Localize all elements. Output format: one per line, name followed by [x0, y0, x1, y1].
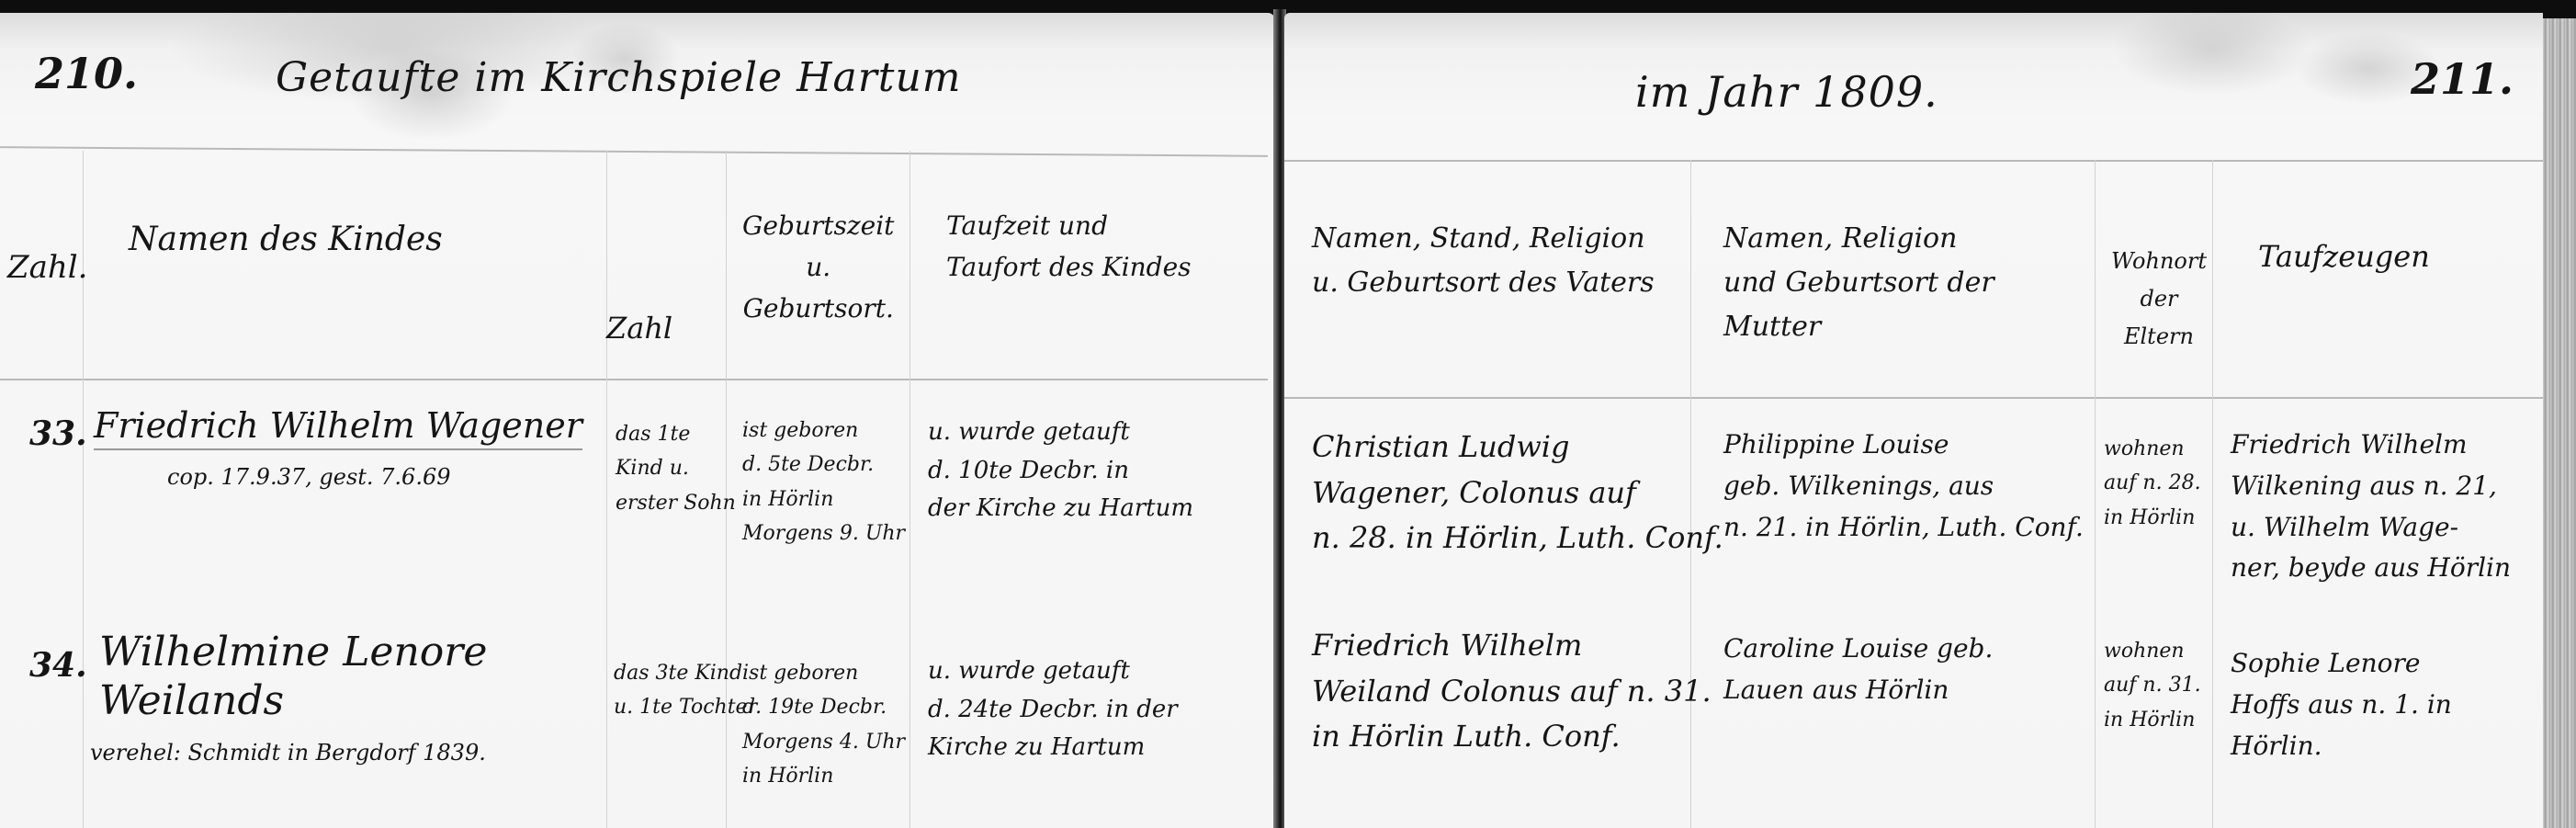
child-name: Wilhelmine Lenore Weilands	[99, 629, 487, 726]
page-number-right: 211.	[2411, 55, 2514, 104]
parents-residence: wohnen auf n. 28. in Hörlin	[2104, 432, 2201, 535]
father-details: Friedrich Wilhelm Weiland Colonus auf n.…	[1312, 623, 1712, 760]
column-header-name: Namen des Kindes	[129, 213, 443, 267]
baptism-date-place: u. wurde getauft d. 24te Decbr. in der K…	[928, 652, 1178, 767]
column-header-paten: Taufzeugen	[2258, 233, 2430, 280]
header-bottom-rule	[0, 379, 1268, 380]
page-title-right: im Jahr 1809.	[1635, 68, 1938, 117]
right-page: im Jahr 1809. 211. Namen, Stand, Religio…	[1284, 13, 2543, 828]
child-name: Friedrich Wilhelm Wagener	[94, 406, 582, 450]
entry-number: 33.	[29, 415, 87, 453]
header-bottom-rule	[1284, 397, 2543, 399]
column-header-vater: Namen, Stand, Religion u. Geburtsort des…	[1312, 217, 1655, 305]
godparents: Sophie Lenore Hoffs aus n. 1. in Hörlin.	[2231, 643, 2452, 766]
birth-date-place: ist geboren d. 19te Decbr. Morgens 4. Uh…	[742, 656, 905, 794]
header-top-rule	[1284, 160, 2543, 162]
birth-order: das 3te Kind u. 1te Tochter	[614, 656, 757, 725]
father-details: Christian Ludwig Wagener, Colonus auf n.…	[1312, 425, 1723, 561]
left-page: 210. Getaufte im Kirchspiele Hartum Zahl…	[0, 13, 1275, 828]
page-number-left: 210.	[35, 50, 138, 98]
column-header-wohnort: Wohnort der Eltern	[2111, 243, 2207, 355]
mother-details: Caroline Louise geb. Lauen aus Hörlin	[1723, 629, 1993, 711]
page-title-left: Getaufte im Kirchspiele Hartum	[276, 55, 962, 102]
column-header-geburt: Geburtszeit u. Geburtsort.	[742, 206, 894, 329]
column-header-nr: Zahl.	[7, 243, 87, 292]
baptism-date-place: u. wurde getauft d. 10te Decbr. in der K…	[928, 414, 1193, 528]
child-name-note: verehel: Schmidt in Bergdorf 1839.	[90, 741, 486, 766]
column-header-taufe: Taufzeit und Taufort des Kindes	[946, 206, 1192, 289]
header-top-rule	[0, 146, 1268, 157]
child-name-note: cop. 17.9.37, gest. 7.6.69	[167, 465, 451, 491]
entry-number: 34.	[29, 647, 87, 685]
column-header-mutter: Namen, Religion und Geburtsort der Mutte…	[1723, 217, 1994, 349]
book-spread: 210. Getaufte im Kirchspiele Hartum Zahl…	[0, 0, 2576, 828]
godparents: Friedrich Wilhelm Wilkening aus n. 21, u…	[2231, 425, 2511, 589]
birth-date-place: ist geboren d. 5te Decbr. in Hörlin Morg…	[742, 414, 905, 551]
birth-order: das 1te Kind u. erster Sohn	[616, 417, 736, 520]
page-edges	[2543, 18, 2576, 828]
mother-details: Philippine Louise geb. Wilkenings, aus n…	[1723, 425, 2084, 548]
column-header-zahl: Zahl	[606, 305, 672, 352]
parents-residence: wohnen auf n. 31. in Hörlin	[2104, 634, 2201, 737]
